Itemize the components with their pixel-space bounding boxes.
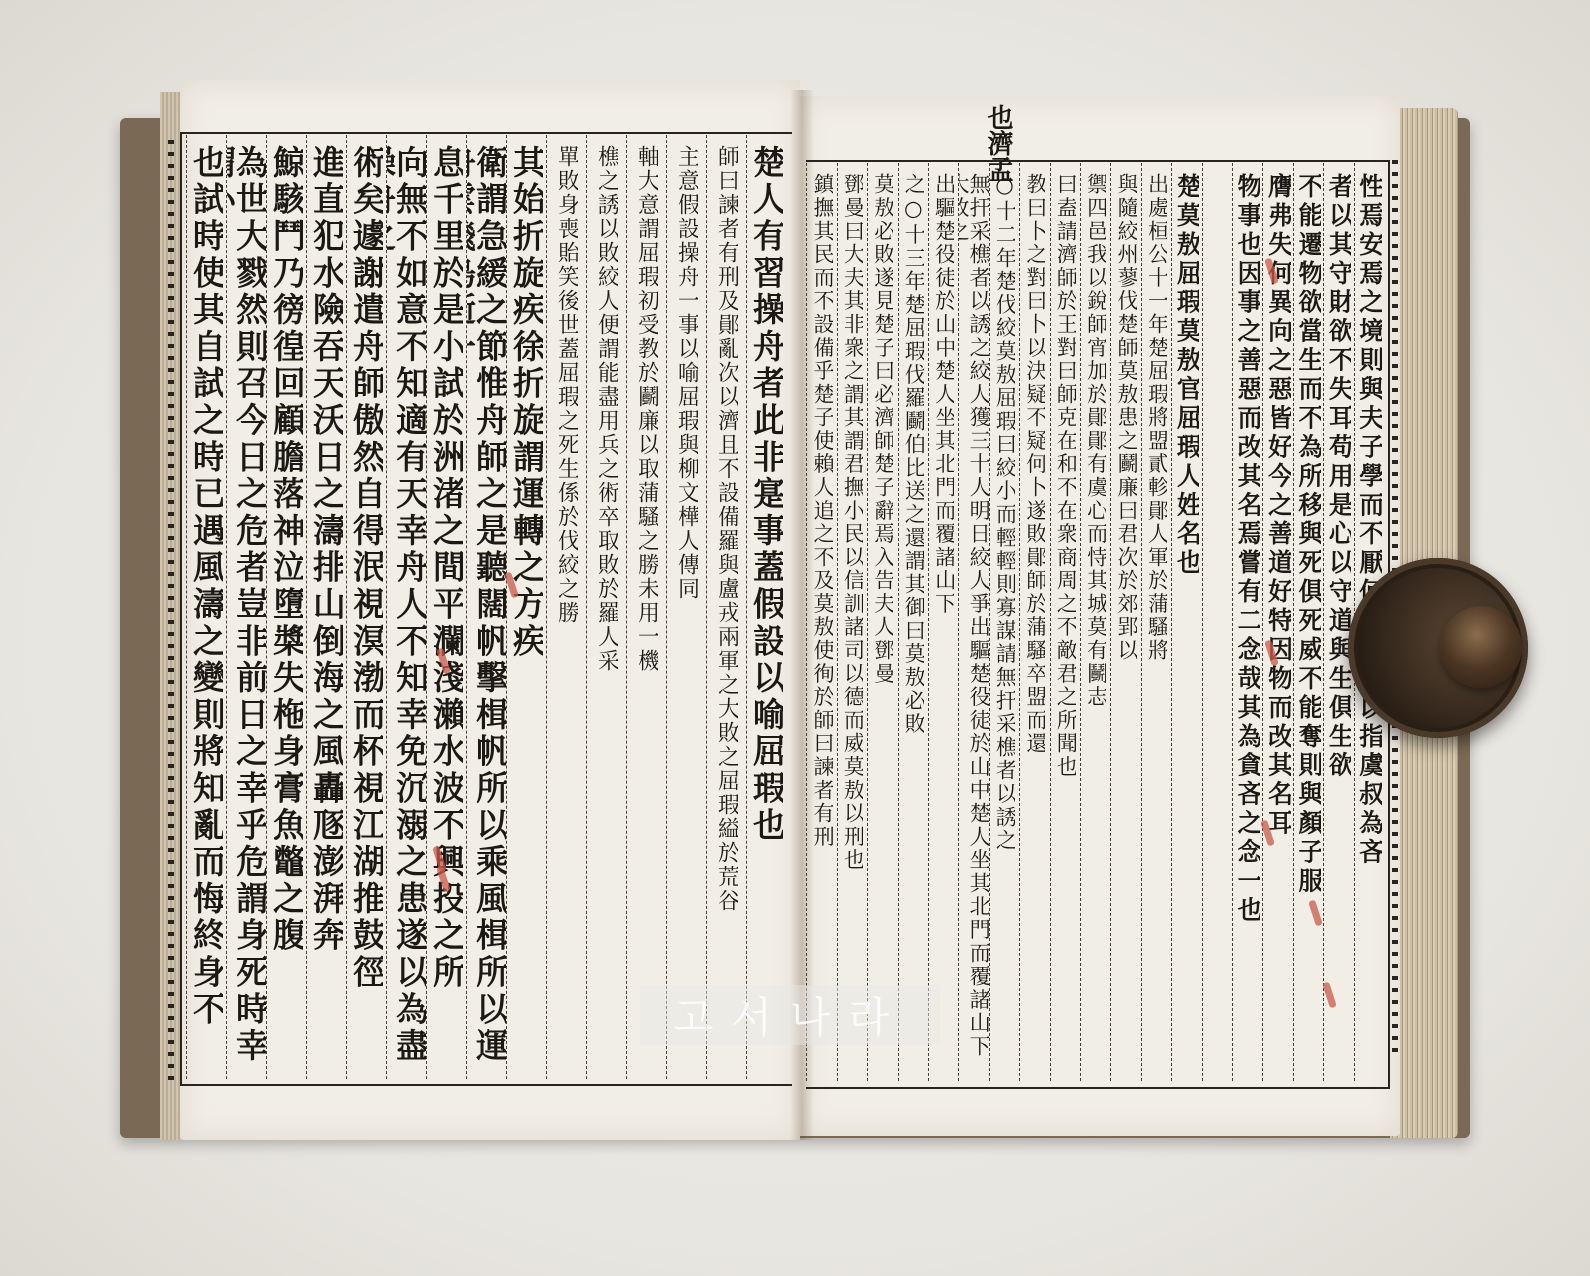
column-text: 出處桓公十一年楚屈瑕將盟貳軫鄖人軍於蒲騷將 (1146, 173, 1167, 1081)
text-column: 也試時使其自試之時已遇風濤之變則將知亂而悔終身不 (186, 135, 226, 1079)
column-text: 禦四邑我以銳師宵加於鄖鄖有虞心而恃其城莫有鬭志 (1085, 173, 1106, 1081)
column-text: 莫敖必敗遂見楚子曰必濟師楚子辭焉入告夫人鄧曼 (872, 173, 893, 1081)
column-text: 楚人有習操舟者此非寔事蓋假設以喻屈瑕也 (750, 145, 783, 1075)
text-column: 鄧曼曰大夫其非衆之謂其謂君撫小民以信訓諸司以德而威莫敖以刑也 (837, 163, 867, 1081)
text-column: 楚莫敖屈瑕莫敖官屈瑕人姓名也 (1171, 163, 1201, 1081)
column-text: 術矣遽謝遣舟師傲然自得泯視溟渤而杯視江湖推鼓徑 (350, 145, 383, 1075)
text-column: 師曰諫者有刑及鄖亂次以濟且不設備羅與盧戎兩軍之大敗之屈瑕縊於荒谷 (706, 135, 746, 1079)
column-text: 膺弗失何異向之惡皆好今之善道好特因物而改其名耳 (1266, 173, 1291, 1081)
text-column: 軸大意謂屈瑕初受教於鬬廉以取蒲騷之勝未用一機 (626, 135, 666, 1079)
column-text: 鄧曼曰大夫其非衆之謂其謂君撫小民以信訓諸司以德而威莫敖以刑也 (842, 173, 863, 1081)
text-column: 向無不如意不知適有天幸舟人不知幸免沉溺之患遂以為盡操舟之 (386, 135, 426, 1079)
text-column: 無扞采樵者以誘之絞人獲三十人明日絞人爭出驅楚役徒於山中楚人坐其北門而覆諸山下大敗… (958, 163, 988, 1081)
text-column: 出驅楚役徒於山中楚人坐其北門而覆諸山下 (928, 163, 958, 1081)
text-column: 單敗身喪貽笑後世蓋屈瑕之死生係於伐絞之勝 (546, 135, 586, 1079)
column-text: 與隨絞州蓼伐楚師莫敖患之鬬廉曰君次於郊郢以 (1115, 173, 1136, 1081)
left-page-columns: 楚人有習操舟者此非寔事蓋假設以喻屈瑕也師曰諫者有刑及鄖亂次以濟且不設備羅與盧戎兩… (186, 135, 786, 1079)
column-text: 楚莫敖屈瑕莫敖官屈瑕人姓名也 (1174, 173, 1199, 1081)
text-column: 與隨絞州蓼伐楚師莫敖患之鬬廉曰君次於郊郢以 (1110, 163, 1140, 1081)
text-column: 術矣遽謝遣舟師傲然自得泯視溟渤而杯視江湖推鼓徑 (346, 135, 386, 1079)
column-text: 物事也因事之善惡而改其名焉嘗有二念哉其為貪吝之念一也 (1235, 173, 1260, 1081)
text-column: 其始折旋疾徐折旋謂運轉之方疾 (506, 135, 546, 1079)
column-text: 樵之誘以敗絞人便謂能盡用兵之術卒取敗於羅人采 (596, 145, 618, 1065)
column-text: 教曰卜之對曰卜以決疑不疑何卜遂敗鄖師於蒲騷卒盟而還 (1024, 173, 1045, 1081)
column-text: 曰盍請濟師於王對曰師克在和不在衆商周之不敵君之所聞也 (1055, 173, 1076, 1081)
text-column: 楚人有習操舟者此非寔事蓋假設以喻屈瑕也 (746, 135, 786, 1079)
column-text: 其始折旋疾徐折旋謂運轉之方疾 (510, 145, 543, 1075)
text-column: 主意假設操舟一事以喻屈瑕與柳文樺人傳同 (666, 135, 706, 1079)
text-column: 禦四邑我以銳師宵加於鄖鄖有虞心而恃其城莫有鬭志 (1080, 163, 1110, 1081)
column-text: 不能遷物欲當生而不為所移與死俱死威不能奪則與顏子服 (1296, 173, 1321, 1081)
text-column: 鯨駭鬥乃徬徨回顧膽落神泣墮槳失柂身膏魚鼈之腹 (266, 135, 306, 1079)
text-column (1202, 163, 1232, 1081)
column-text: 鎮撫其民而不設備乎楚子使賴人追之不及莫敖使徇於師曰諫者有刑 (811, 173, 832, 1081)
text-column: 息千里於是小試於洲渚之間平瀾淺瀨水波不興投之所 (426, 135, 466, 1079)
text-column: 物事也因事之善惡而改其名焉嘗有二念哉其為貪吝之念一也 (1232, 163, 1262, 1081)
column-text: 鯨駭鬥乃徬徨回顧膽落神泣墮槳失柂身膏魚鼈之腹 (270, 145, 303, 1075)
column-text: 息千里於是小試於洲渚之間平瀾淺瀨水波不興投之所 (430, 145, 463, 1075)
paperweight-knob (1440, 606, 1522, 688)
text-column: 進直犯水險吞天沃日之濤排山倒海之風轟豗澎湃奔 (306, 135, 346, 1079)
column-text: 軸大意謂屈瑕初受教於鬬廉以取蒲騷之勝未用一機 (636, 145, 658, 1065)
text-column: 教曰卜之對曰卜以決疑不疑何卜遂敗鄖師於蒲騷卒盟而還 (1019, 163, 1049, 1081)
column-text: 也試時使其自試之時已遇風濤之變則將知亂而悔終身不 (190, 145, 223, 1075)
text-column: 者以其守財欲不失耳苟用是心以守道與生俱生欲 (1323, 163, 1353, 1081)
text-column: 莫敖必敗遂見楚子曰必濟師楚子辭焉入告夫人鄧曼 (867, 163, 897, 1081)
right-page-columns: 性焉安焉之境則與夫子學而不厭何異世所以指虞叔為吝者以其守財欲不失耳苟用是心以守道… (806, 163, 1384, 1081)
watermark: 고서나라 (640, 985, 940, 1045)
column-text: 單敗身喪貽笑後世蓋屈瑕之死生係於伐絞之勝 (556, 145, 578, 1065)
text-column: 出處桓公十一年楚屈瑕將盟貳軫鄖人軍於蒲騷將 (1141, 163, 1171, 1081)
column-text: 之○十三年楚屈瑕伐羅鬬伯比送之還謂其御曰莫敖必敗 (903, 173, 924, 1081)
column-text: 進直犯水險吞天沃日之濤排山倒海之風轟豗澎湃奔 (310, 145, 343, 1075)
text-column: 鎮撫其民而不設備乎楚子使賴人追之不及莫敖使徇於師曰諫者有刑 (806, 163, 836, 1081)
column-text: 向無不如意不知適有天幸舟人不知幸免沉溺之患遂以為盡操舟之 (387, 145, 426, 1075)
text-column: 衛謂急緩之節惟舟師之是聽闊帆擊楫帆所以乘風楫所以運舟雲飛鳥逝一 (466, 135, 506, 1079)
text-column: ○十二年楚伐絞莫敖屈瑕曰絞小而輕輕則寡謀請無扞采樵者以誘之 (989, 163, 1019, 1081)
text-column: 樵之誘以敗絞人便謂能盡用兵之術卒取敗於羅人采 (586, 135, 626, 1079)
text-column: 為世大戮然則召今日之危者豈非前日之幸乎危謂身死時幸謂小 (226, 135, 266, 1079)
column-text: 主意假設操舟一事以喻屈瑕與柳文樺人傳同 (676, 145, 698, 1065)
column-text: 衛謂急緩之節惟舟師之是聽闊帆擊楫帆所以乘風楫所以運舟雲飛鳥逝一 (467, 145, 506, 1075)
column-text: 師曰諫者有刑及鄖亂次以濟且不設備羅與盧戎兩軍之大敗之屈瑕縊於荒谷 (716, 145, 738, 1065)
column-text: ○十二年楚伐絞莫敖屈瑕曰絞小而輕輕則寡謀請無扞采樵者以誘之 (994, 173, 1015, 1081)
column-text: 者以其守財欲不失耳苟用是心以守道與生俱生欲 (1326, 173, 1351, 1081)
text-column: 之○十三年楚屈瑕伐羅鬬伯比送之還謂其御曰莫敖必敗 (898, 163, 928, 1081)
column-text: 為世大戮然則召今日之危者豈非前日之幸乎危謂身死時幸謂小 (227, 145, 266, 1075)
text-column: 曰盍請濟師於王對曰師克在和不在衆商周之不敵君之所聞也 (1050, 163, 1080, 1081)
text-column: 膺弗失何異向之惡皆好今之善道好特因物而改其名耳 (1262, 163, 1292, 1081)
text-column: 不能遷物欲當生而不為所移與死俱死威不能奪則與顏子服 (1293, 163, 1323, 1081)
column-text: 無扞采樵者以誘之絞人獲三十人明日絞人爭出驅楚役徒於山中楚人坐其北門而覆諸山下大敗… (959, 173, 988, 1081)
left-binding-stitch (168, 140, 174, 1080)
column-text: 出驅楚役徒於山中楚人坐其北門而覆諸山下 (933, 173, 954, 1081)
